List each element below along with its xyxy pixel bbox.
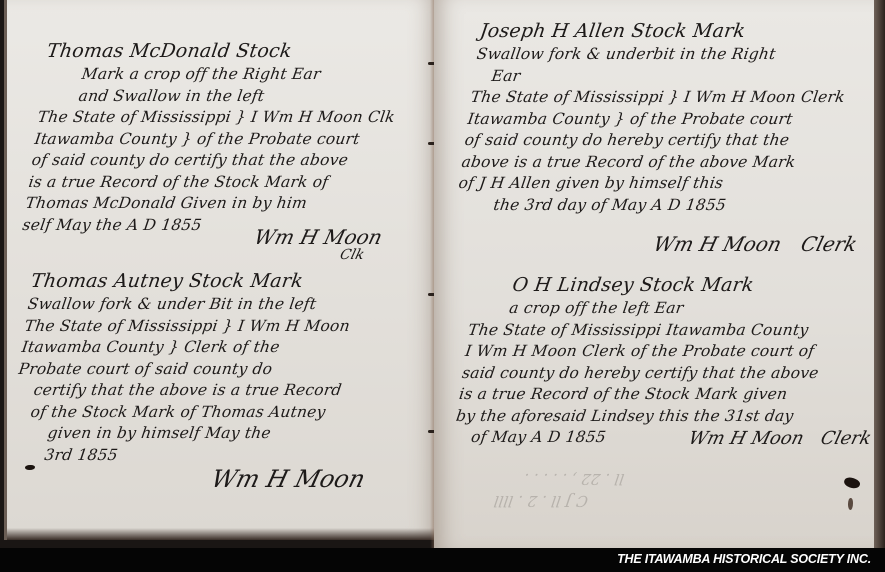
signature-title: Clerk	[807, 428, 874, 449]
entry-line: Probate court of said county do	[17, 359, 346, 381]
clerk-signature: Wm H Moon Clerk	[686, 428, 873, 449]
entry-line: of said county do hereby certify that th…	[463, 130, 840, 152]
bleed-through-text: ll . 22 , . . . . .	[523, 470, 626, 488]
clerk-signature: Wm H Moon	[209, 465, 369, 493]
entry-line: Mark a crop off the Right Ear	[42, 64, 402, 86]
entry-line: of said county do certify that the above	[30, 150, 390, 172]
watermark-caption: THE ITAWAMBA HISTORICAL SOCIETY INC.	[617, 552, 871, 566]
entry-line: Itawamba County } of the Probate court	[33, 129, 393, 151]
entry-line: is a true Record of the Stock Mark given	[458, 384, 817, 406]
entry-line: the 3rd day of May A D 1855	[454, 195, 831, 217]
entry-line: given in by himself May the	[8, 423, 337, 445]
stock-mark-entry-allen: Joseph H Allen Stock Mark Swallow fork &…	[454, 18, 856, 216]
signature-name: Wm H Moon	[686, 428, 806, 449]
entry-line: I Wm H Moon Clerk of the Probate court o…	[464, 341, 823, 363]
entry-line: by the aforesaid Lindsey this the 31st d…	[455, 406, 814, 428]
entry-line: is a true Record of the Stock Mark of	[27, 172, 387, 194]
entry-line: a crop off the left Ear	[470, 298, 829, 320]
ink-smudge	[848, 498, 853, 510]
entry-line: above is a true Record of the above Mark	[460, 152, 837, 174]
entry-line: The State of Mississippi } I Wm H Moon	[23, 316, 352, 338]
page-edge	[874, 0, 885, 548]
entry-line: The State of Mississippi } I Wm H Moon C…	[36, 107, 396, 129]
entry-heading: O H Lindsey Stock Mark	[473, 272, 833, 298]
stock-mark-entry-autney: Thomas Autney Stock Mark Swallow fork & …	[5, 268, 359, 466]
clerk-signature: Wm H Moon Clk	[248, 225, 385, 263]
stock-mark-entry-lindsey: O H Lindsey Stock Mark a crop off the le…	[452, 272, 833, 449]
ink-spot	[843, 476, 861, 491]
entry-line: of J H Allen given by himself this	[457, 173, 834, 195]
signature-name: Wm H Moon	[252, 225, 385, 249]
entry-line: Ear	[472, 66, 849, 88]
entry-line: certify that the above is a true Record	[14, 380, 343, 402]
entry-heading: Thomas Autney Stock Mark	[29, 268, 359, 294]
entry-heading: Joseph H Allen Stock Mark	[478, 18, 856, 44]
signature-name: Wm H Moon	[209, 465, 369, 493]
entry-line: Thomas McDonald Given in by him	[24, 193, 384, 215]
left-page: Thomas McDonald Stock Mark a crop off th…	[4, 0, 437, 540]
entry-line: The State of Mississippi } I Wm H Moon C…	[469, 87, 846, 109]
ink-spot	[25, 465, 35, 470]
clerk-signature: Wm H Moon Clerk	[651, 232, 860, 256]
entry-heading: Thomas McDonald Stock	[45, 38, 406, 64]
entry-line: said county do hereby certify that the a…	[461, 363, 820, 385]
entry-line: 3rd 1855	[5, 445, 334, 467]
bleed-through-text: C J ll . 2 . llll	[493, 492, 589, 510]
signature-name: Wm H Moon	[651, 232, 784, 256]
stock-mark-entry-mcdonald: Thomas McDonald Stock Mark a crop off th…	[21, 38, 406, 236]
entry-line: Swallow fork & under Bit in the left	[26, 294, 355, 316]
caption-bar: THE ITAWAMBA HISTORICAL SOCIETY INC.	[0, 548, 885, 572]
ledger-photo: Thomas McDonald Stock Mark a crop off th…	[0, 0, 885, 548]
signature-title: Clk	[248, 247, 379, 263]
entry-line: of the Stock Mark of Thomas Autney	[11, 402, 340, 424]
entry-line: Itawamba County } of the Probate court	[466, 109, 843, 131]
entry-line: Itawamba County } Clerk of the	[20, 337, 349, 359]
entry-line: Swallow fork & underbit in the Right	[475, 44, 852, 66]
entry-line: and Swallow in the left	[39, 86, 399, 108]
right-page: Joseph H Allen Stock Mark Swallow fork &…	[434, 0, 874, 548]
entry-line: The State of Mississippi Itawamba County	[467, 320, 826, 342]
signature-title: Clerk	[784, 232, 859, 256]
